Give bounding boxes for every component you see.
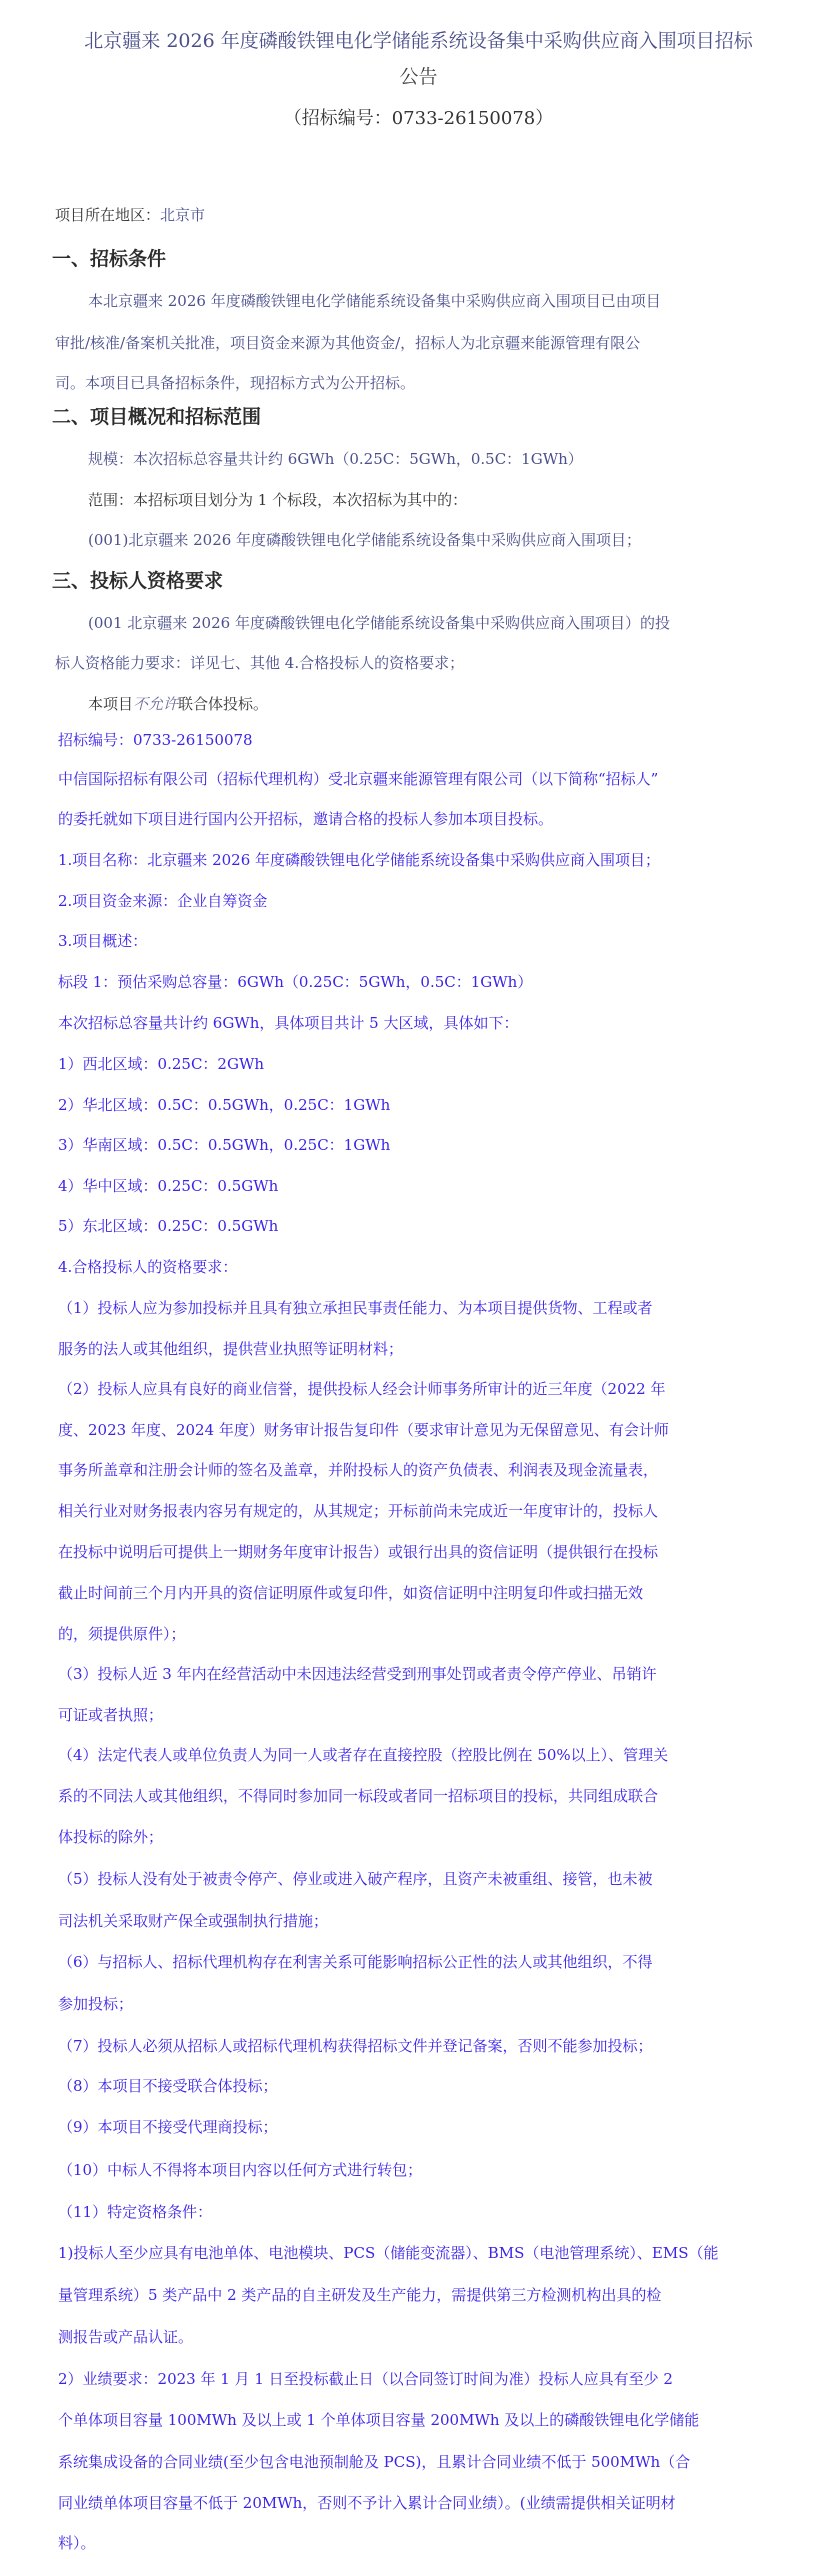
requirement-line: 同业绩单体项目容量不低于 20MWh，否则不予计入累计合同业绩）。(业绩需提供相… xyxy=(58,2492,788,2513)
section1-paragraph-line3: 司。本项目已具备招标条件，现招标方式为公开招标。 xyxy=(55,372,785,393)
requirement-line: （2）投标人应具有良好的商业信誉，提供投标人经会计师事务所审计的近三年度（202… xyxy=(58,1378,788,1399)
requirement-line: （4）法定代表人或单位负责人为同一人或者存在直接控股（控股比例在 50%以上）、… xyxy=(58,1744,788,1765)
requirement-line: 服务的法人或其他组织，提供营业执照等证明材料； xyxy=(58,1338,788,1359)
item-qualified-bidders: 4.合格投标人的资格要求： xyxy=(58,1256,788,1277)
requirement-line: 2）业绩要求：2023 年 1 月 1 日至投标截止日（以合同签订时间为准）投标… xyxy=(58,2368,788,2389)
requirement-line: （6）与招标人、招标代理机构存在利害关系可能影响招标公正性的法人或其他组织，不得 xyxy=(58,1951,788,1972)
requirement-line: （3）投标人近 3 年内在经营活动中未因违法经营受到刑事处罚或者责令停产停业、吊… xyxy=(58,1663,788,1684)
requirement-line: 量管理系统）5 类产品中 2 类产品的自主研发及生产能力，需提供第三方检测机构出… xyxy=(58,2284,788,2305)
requirement-line: 可证或者执照； xyxy=(58,1704,788,1725)
location-value: 北京市 xyxy=(160,206,205,224)
consortium-statement: 本项目不允许联合体投标。 xyxy=(88,693,818,714)
item-funding-source: 2.项目资金来源：企业自筹资金 xyxy=(58,890,788,911)
requirement-line: 相关行业对财务报表内容另有规定的，从其规定；开标前尚未完成近一年度审计的，投标人 xyxy=(58,1500,788,1521)
lot-1-capacity: 标段 1：预估采购总容量：6GWh（0.25C：5GWh，0.5C：1GWh） xyxy=(58,971,788,992)
region-item: 5）东北区域：0.25C：0.5GWh xyxy=(58,1215,788,1236)
requirement-line: （5）投标人没有处于被责令停产、停业或进入破产程序，且资产未被重组、接管，也未被 xyxy=(58,1868,788,1889)
requirement-line: 系的不同法人或其他组织，不得同时参加同一标段或者同一招标项目的投标，共同组成联合 xyxy=(58,1785,788,1806)
section1-paragraph-line2: 审批/核准/备案机关批准，项目资金来源为其他资金/，招标人为北京疆来能源管理有限… xyxy=(55,332,785,353)
requirement-line: 个单体项目容量 100MWh 及以上或 1 个单体项目容量 200MWh 及以上… xyxy=(58,2409,788,2430)
requirement-line: 度、2023 年度、2024 年度）财务审计报告复印件（要求审计意见为无保留意见… xyxy=(58,1419,788,1440)
requirement-line: （9）本项目不接受代理商投标； xyxy=(58,2116,788,2137)
total-capacity: 本次招标总容量共计约 6GWh，具体项目共计 5 大区域，具体如下： xyxy=(58,1012,788,1033)
location-label: 项目所在地区： xyxy=(55,206,160,224)
requirement-line: 截止时间前三个月内开具的资信证明原件或复印件，如资信证明中注明复印件或扫描无效 xyxy=(58,1582,788,1603)
project-range: 范围：本招标项目划分为 1 个标段，本次招标为其中的： xyxy=(88,489,818,510)
intro-line2: 的委托就如下项目进行国内公开招标，邀请合格的投标人参加本项目投标。 xyxy=(58,808,788,829)
requirement-line: 体投标的除外； xyxy=(58,1826,788,1847)
item-project-overview: 3.项目概述： xyxy=(58,930,788,951)
consortium-emphasis: 不允许 xyxy=(133,695,178,713)
project-scale: 规模：本次招标总容量共计约 6GWh（0.25C：5GWh，0.5C：1GWh） xyxy=(88,448,818,469)
requirement-line: （1）投标人应为参加投标并且具有独立承担民事责任能力、为本项目提供货物、工程或者 xyxy=(58,1297,788,1318)
region-item: 4）华中区域：0.25C：0.5GWh xyxy=(58,1175,788,1196)
page-title-line1: 北京疆来 2026 年度磷酸铁锂电化学储能系统设备集中采购供应商入围项目招标 xyxy=(0,26,837,53)
requirement-line: 参加投标； xyxy=(58,1993,788,2014)
section1-paragraph-line1: 本北京疆来 2026 年度磷酸铁锂电化学储能系统设备集中采购供应商入围项目已由项… xyxy=(88,290,818,311)
requirement-line: 在投标中说明后可提供上一期财务年度审计报告）或银行出具的资信证明（提供银行在投标 xyxy=(58,1541,788,1562)
requirement-line: （8）本项目不接受联合体投标； xyxy=(58,2075,788,2096)
project-location: 项目所在地区：北京市 xyxy=(55,204,785,225)
requirement-line: 1)投标人至少应具有电池单体、电池模块、PCS（储能变流器）、BMS（电池管理系… xyxy=(58,2242,788,2263)
page-title-line2: 公告 xyxy=(0,62,837,89)
consortium-suffix: 联合体投标。 xyxy=(178,695,268,713)
project-lot: (001)北京疆来 2026 年度磷酸铁锂电化学储能系统设备集中采购供应商入围项… xyxy=(88,529,818,550)
requirement-line: 事务所盖章和注册会计师的签名及盖章，并附投标人的资产负债表、利润表及现金流量表， xyxy=(58,1459,788,1480)
requirement-line: 料）。 xyxy=(58,2532,788,2553)
intro-line1: 中信国际招标有限公司（招标代理机构）受北京疆来能源管理有限公司（以下简称“招标人… xyxy=(58,768,788,789)
section-heading-qualifications: 三、投标人资格要求 xyxy=(52,566,223,593)
region-item: 1）西北区域：0.25C：2GWh xyxy=(58,1053,788,1074)
section3-paragraph-line2: 标人资格能力要求：详见七、其他 4.合格投标人的资格要求； xyxy=(55,652,785,673)
requirement-line: 的，须提供原件）； xyxy=(58,1623,788,1644)
region-item: 3）华南区域：0.5C：0.5GWh，0.25C：1GWh xyxy=(58,1134,788,1155)
requirement-line: 司法机关采取财产保全或强制执行措施； xyxy=(58,1910,788,1931)
item-project-name: 1.项目名称：北京疆来 2026 年度磷酸铁锂电化学储能系统设备集中采购供应商入… xyxy=(58,849,788,870)
requirement-line: 系统集成设备的合同业绩(至少包含电池预制舱及 PCS)，且累计合同业绩不低于 5… xyxy=(58,2451,788,2472)
section-heading-conditions: 一、招标条件 xyxy=(52,244,166,271)
requirement-line: 测报告或产品认证。 xyxy=(58,2326,788,2347)
section3-paragraph-line1: (001 北京疆来 2026 年度磷酸铁锂电化学储能系统设备集中采购供应商入围项… xyxy=(88,612,818,633)
region-item: 2）华北区域：0.5C：0.5GWh，0.25C：1GWh xyxy=(58,1094,788,1115)
requirement-line: （10）中标人不得将本项目内容以任何方式进行转包； xyxy=(58,2159,788,2180)
section-heading-overview: 二、项目概况和招标范围 xyxy=(52,402,261,429)
requirement-line: （11）特定资格条件： xyxy=(58,2201,788,2222)
consortium-prefix: 本项目 xyxy=(88,695,133,713)
bid-number: 招标编号：0733-26150078 xyxy=(58,729,788,750)
requirement-line: （7）投标人必须从招标人或招标代理机构获得招标文件并登记备案，否则不能参加投标； xyxy=(58,2035,788,2056)
bid-number-header: （招标编号：0733-26150078） xyxy=(0,104,837,130)
